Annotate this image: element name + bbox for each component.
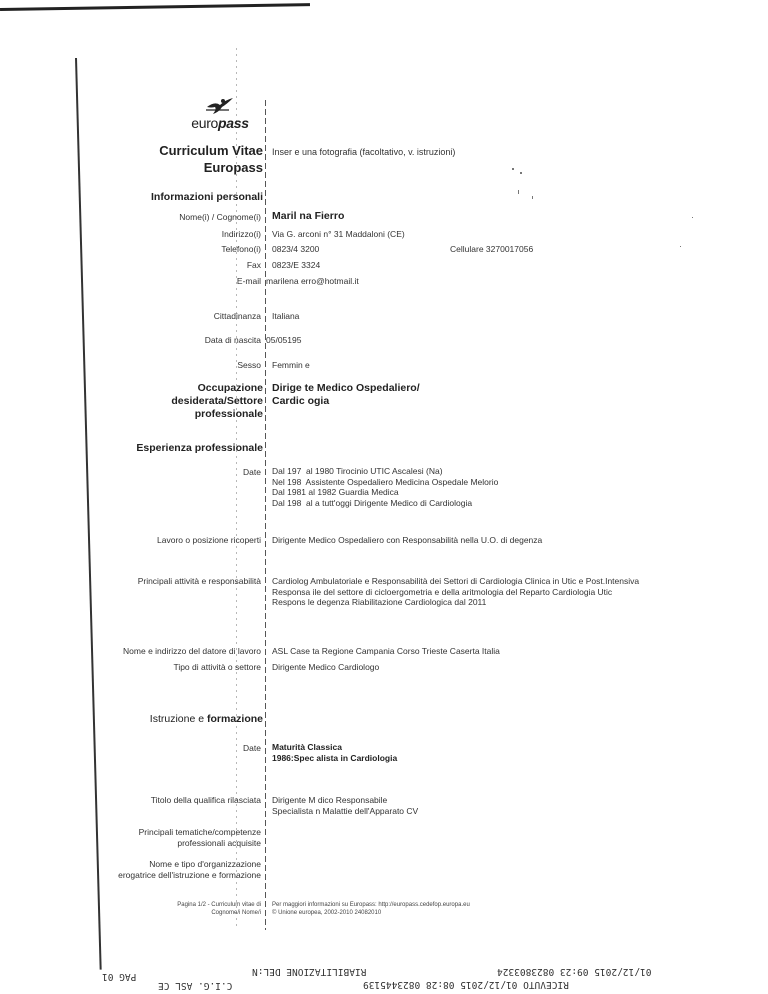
europass-logo: europass xyxy=(185,95,255,131)
name-value: Maril na Fierro xyxy=(272,210,344,222)
column-divider xyxy=(265,100,266,930)
cv-title: Curriculum Vitae Europass xyxy=(159,142,263,176)
scan-left-border xyxy=(75,58,102,970)
organization-label: Nome e tipo d'organizzazione erogatrice … xyxy=(118,859,261,880)
address-value: Via G. arconi n° 31 Maddaloni (CE) xyxy=(272,229,405,239)
education-dates-value: Maturità Classica 1986:Spec alista in Ca… xyxy=(272,742,397,763)
position-value: Dirigente Medico Ospedaliero con Respons… xyxy=(272,535,542,545)
name-label: Nome(i) / Cognome(i) xyxy=(179,212,261,222)
scan-speck xyxy=(680,246,681,247)
fax-value: 0823/E 3324 xyxy=(272,260,320,270)
skills-label: Principali tematiche/competenze professi… xyxy=(139,827,261,848)
citizenship-label: Cittadinanza xyxy=(214,311,261,321)
scan-speck xyxy=(692,217,693,218)
scan-speck xyxy=(512,168,514,170)
experience-dates-label: Date xyxy=(243,467,261,477)
section-personal-info: Informazioni personali xyxy=(151,191,263,203)
qualification-label: Titolo della qualifica rilasciata xyxy=(151,795,261,805)
section-experience: Esperienza professionale xyxy=(136,442,263,454)
europass-star-figure-icon xyxy=(203,95,237,117)
citizenship-value: Italiana xyxy=(272,311,299,321)
scan-top-edge xyxy=(0,3,310,11)
sex-label: Sesso xyxy=(237,360,261,370)
scan-speck xyxy=(520,172,522,174)
footer-europass-info: Per maggiori informazioni su Europass: h… xyxy=(272,901,470,917)
sector-label: Tipo di attività o settore xyxy=(173,662,261,672)
mobile-value: Cellulare 3270017056 xyxy=(450,244,533,254)
qualification-value: Dirigente M dico Responsabile Specialist… xyxy=(272,795,418,816)
fax-header-sent: 01/12/2015 09:23 0823803324 xyxy=(497,966,651,977)
fax-label: Fax xyxy=(247,260,261,270)
email-value: marilena erro@hotmail.it xyxy=(266,276,359,286)
occupation-value: Dirige te Medico Ospedaliero/ Cardic ogi… xyxy=(272,382,420,408)
phone-label: Telefono(i) xyxy=(221,244,261,254)
experience-dates-value: Dal 197 al 1980 Tirocinio UTIC Ascalesi … xyxy=(272,466,498,508)
birthdate-label: Data di nascita xyxy=(205,335,261,345)
fax-header-received: RICEVUTO 01/12/2015 08:28 0823445139 xyxy=(363,979,569,990)
fax-header-page: PAG 01 xyxy=(102,971,136,982)
europass-wordmark: europass xyxy=(185,115,255,131)
occupation-label: Occupazione desiderata/Settore professio… xyxy=(171,382,263,421)
activities-label: Principali attività e responsabilità xyxy=(138,576,261,586)
photo-instruction: Inser e una fotografia (facoltativo, v. … xyxy=(272,147,455,157)
sector-value: Dirigente Medico Cardiologo xyxy=(272,662,379,672)
education-dates-label: Date xyxy=(243,743,261,753)
footer-page-info: Pagina 1/2 - Curriculum vitae di Cognome… xyxy=(177,901,261,917)
email-label: E-mail xyxy=(237,276,261,286)
birthdate-value: 05/05195 xyxy=(266,335,301,345)
address-label: Indirizzo(i) xyxy=(222,229,261,239)
phone-value: 0823/4 3200 xyxy=(272,244,319,254)
section-education: Istruzione e formazione xyxy=(150,713,263,725)
activities-value: Cardiolog Ambulatoriale e Responsabilità… xyxy=(272,576,639,608)
sex-value: Femmin e xyxy=(272,360,310,370)
employer-value: ASL Case ta Regione Campania Corso Tries… xyxy=(272,646,500,656)
fax-header-org: C.I.G. ASL CE xyxy=(158,980,232,991)
fax-header-department: RIABILITAZIONE DEL:N xyxy=(252,966,366,977)
scan-speck xyxy=(518,190,519,194)
scan-speck xyxy=(532,196,533,199)
position-label: Lavoro o posizione ricoperti xyxy=(157,535,261,545)
employer-label: Nome e indirizzo del datore di lavoro xyxy=(123,646,261,656)
